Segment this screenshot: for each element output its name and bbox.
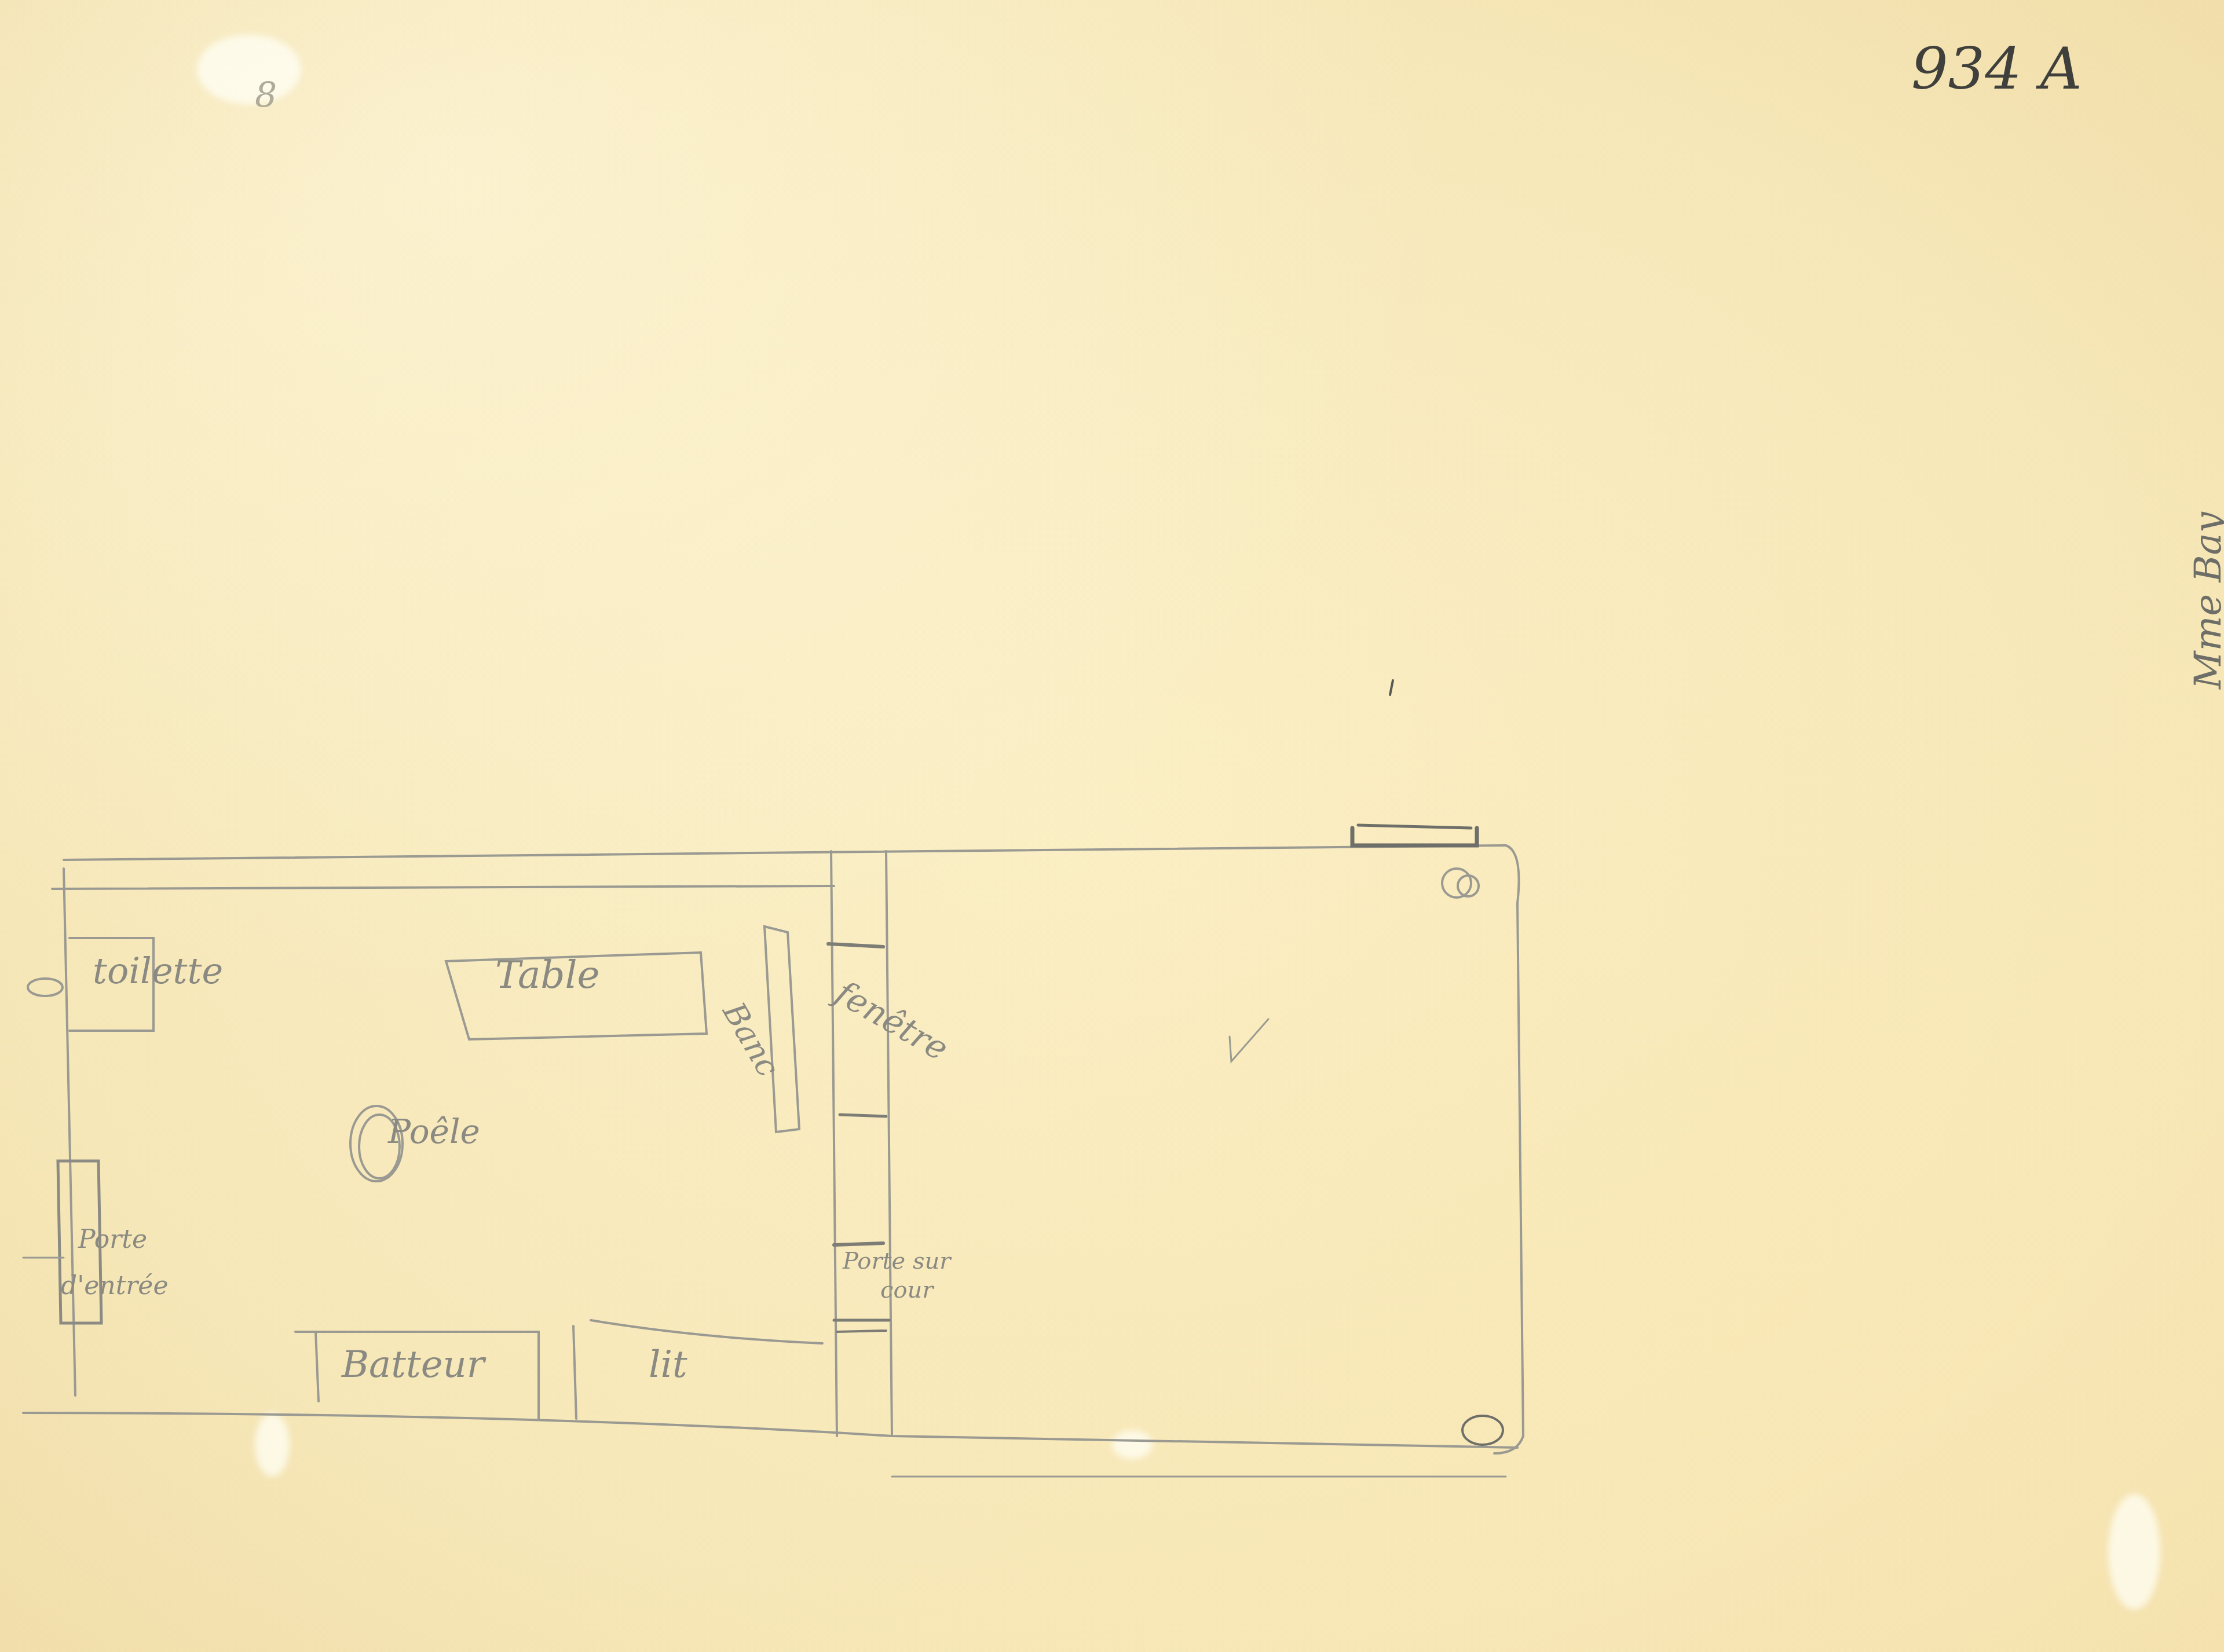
label-batteur: Batteur	[342, 1343, 484, 1386]
label-porte-entree-2: d'entrée	[61, 1271, 168, 1301]
label-porte-cour-1: Porte sur	[843, 1248, 950, 1274]
label-toilette: toilette	[93, 950, 223, 992]
paper-sheet: 934 A 8 Mme Bay	[0, 0, 2224, 1652]
label-table: Table	[495, 953, 600, 997]
label-porte-cour-2: cour	[880, 1277, 933, 1303]
floor-plan-drawing	[0, 0, 2224, 1652]
label-poele: Poêle	[388, 1112, 480, 1151]
label-lit: lit	[649, 1343, 687, 1386]
label-porte-entree-1: Porte	[78, 1225, 147, 1254]
